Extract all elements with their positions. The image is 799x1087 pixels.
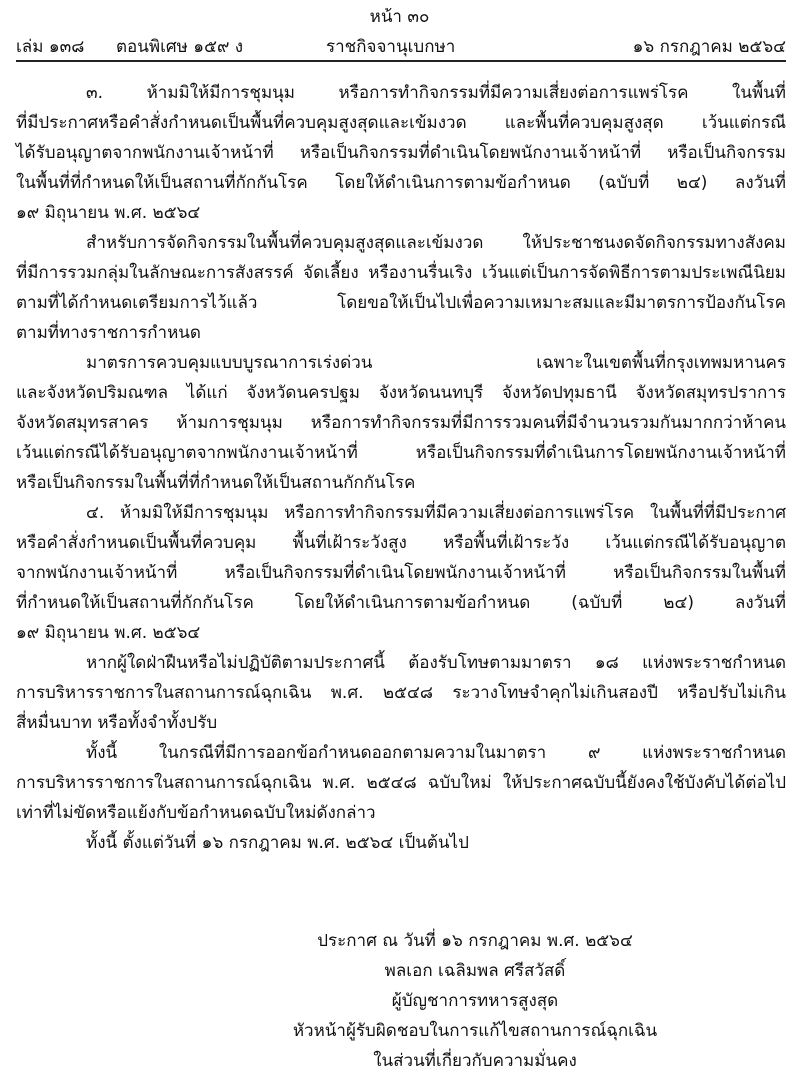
- issue-label: ตอนพิเศษ ๑๕๙ ง: [116, 36, 243, 58]
- paragraph-line: ในพื้นที่ที่กำหนดให้เป็นสถานที่กักกันโรค…: [16, 172, 786, 194]
- paragraph-line: และจังหวัดปริมณฑล ได้แก่ จังหวัดนครปฐม จ…: [16, 382, 786, 404]
- paragraph-line: ที่มีประกาศหรือคำสั่งกำหนดเป็นพื้นที่ควบ…: [16, 112, 786, 134]
- paragraph-line: มาตรการควบคุมแบบบูรณาการเร่งด่วน เฉพาะใน…: [86, 352, 786, 374]
- signatory-name: พลเอก เฉลิมพล ศรีสวัสดิ์: [250, 960, 700, 982]
- paragraph-line: ทั้งนี้ ตั้งแต่วันที่ ๑๖ กรกฎาคม พ.ศ. ๒๕…: [86, 832, 786, 854]
- paragraph-line: จากพนักงานเจ้าหน้าที่ หรือเป็นกิจกรรมที่…: [16, 562, 786, 584]
- paragraph-line: เท่าที่ไม่ขัดหรือแย้งกับข้อกำหนดฉบับใหม่…: [16, 802, 786, 824]
- page-number: หน้า ๓๐: [0, 6, 799, 28]
- header-rule: [16, 60, 786, 62]
- signatory-title-2: หัวหน้าผู้รับผิดชอบในการแก้ไขสถานการณ์ฉุ…: [250, 1020, 700, 1042]
- paragraph-line: เว้นแต่กรณีได้รับอนุญาตจากพนักงานเจ้าหน้…: [16, 442, 786, 464]
- paragraph-line: การบริหารราชการในสถานการณ์ฉุกเฉิน พ.ศ. ๒…: [16, 682, 786, 704]
- paragraph-line: ทั้งนี้ ในกรณีที่มีการออกข้อกำหนดออกตามค…: [86, 742, 786, 764]
- paragraph-line: ๑๙ มิถุนายน พ.ศ. ๒๕๖๔: [16, 622, 786, 644]
- paragraph-line: จังหวัดสมุทรสาคร ห้ามการชุมนุม หรือการทำ…: [16, 412, 786, 434]
- paragraph-line: ๓. ห้ามมิให้มีการชุมนุม หรือการทำกิจกรรม…: [86, 82, 786, 104]
- paragraph-line: ตามที่ทางราชการกำหนด: [16, 322, 786, 344]
- paragraph-line: ตามที่ได้กำหนดเตรียมการไว้แล้ว โดยขอให้เ…: [16, 292, 786, 314]
- publication-title: ราชกิจจานุเบกษา: [326, 36, 455, 58]
- paragraph-line: สำหรับการจัดกิจกรรมในพื้นที่ควบคุมสูงสุด…: [86, 232, 786, 254]
- paragraph-line: ๔. ห้ามมิให้มีการชุมนุม หรือการทำกิจกรรม…: [86, 502, 786, 524]
- paragraph-line: หรือเป็นกิจกรรมในพื้นที่ที่กำหนดให้เป็นส…: [16, 472, 786, 494]
- gazette-header: เล่ม ๑๓๘ ตอนพิเศษ ๑๕๙ ง ราชกิจจานุเบกษา …: [16, 36, 786, 58]
- paragraph-line: หากผู้ใดฝ่าฝืนหรือไม่ปฏิบัติตามประกาศนี้…: [86, 652, 786, 674]
- paragraph-line: หรือคำสั่งกำหนดเป็นพื้นที่ควบคุม พื้นที่…: [16, 532, 786, 554]
- announcement-date: ประกาศ ณ วันที่ ๑๖ กรกฎาคม พ.ศ. ๒๕๖๔: [250, 930, 700, 952]
- paragraph-line: ที่มีการรวมกลุ่มในลักษณะการสังสรรค์ จัดเ…: [16, 262, 786, 284]
- signatory-title-3: ในส่วนที่เกี่ยวกับความมั่นคง: [250, 1050, 700, 1072]
- paragraph-line: ได้รับอนุญาตจากพนักงานเจ้าหน้าที่ หรือเป…: [16, 142, 786, 164]
- paragraph-line: ที่กำหนดให้เป็นสถานที่กักกันโรค โดยให้ดำ…: [16, 592, 786, 614]
- volume-label: เล่ม ๑๓๘: [16, 36, 84, 58]
- paragraph-line: ๑๙ มิถุนายน พ.ศ. ๒๕๖๔: [16, 202, 786, 224]
- signatory-title-1: ผู้บัญชาการทหารสูงสุด: [250, 990, 700, 1012]
- paragraph-line: สี่หมื่นบาท หรือทั้งจำทั้งปรับ: [16, 712, 786, 734]
- paragraph-line: การบริหารราชการในสถานการณ์ฉุกเฉิน พ.ศ. ๒…: [16, 772, 786, 794]
- publication-date: ๑๖ กรกฎาคม ๒๕๖๔: [633, 36, 786, 58]
